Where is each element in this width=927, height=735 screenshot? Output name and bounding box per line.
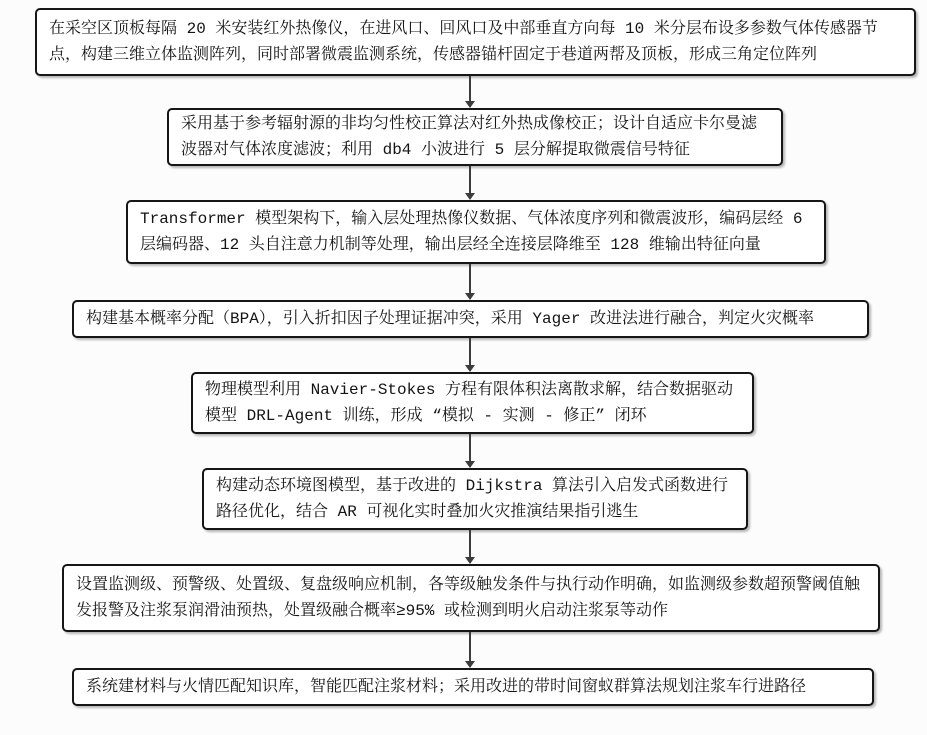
- flow-step-signal-correction: 采用基于参考辐射源的非均匀性校正算法对红外热成像校正；设计自适应卡尔曼滤波器对气…: [167, 108, 783, 166]
- flow-step-grouting-planning: 系统建材料与火情匹配知识库，智能匹配注浆材料；采用改进的带时间窗蚁群算法规划注浆…: [72, 668, 874, 706]
- down-arrow-6: [463, 530, 477, 564]
- flow-step-response-levels: 设置监测级、预警级、处置级、复盘级响应机制，各等级触发条件与执行动作明确，如监测…: [62, 564, 880, 632]
- flow-step-sensor-deployment-text: 在采空区顶板每隔 20 米安装红外热像仪，在进风口、回风口及中部垂直方向每 10…: [49, 16, 902, 68]
- arrow-head-icon: [465, 365, 475, 372]
- arrow-head-icon: [465, 661, 475, 668]
- down-arrow-3: [463, 264, 477, 300]
- arrow-stem: [469, 166, 471, 193]
- arrow-stem: [469, 264, 471, 293]
- flow-step-physics-model-text: 物理模型利用 Navier-Stokes 方程有限体积法离散求解，结合数据驱动模…: [205, 377, 740, 429]
- arrow-head-icon: [465, 101, 475, 108]
- arrow-stem: [469, 434, 471, 461]
- arrow-head-icon: [465, 461, 475, 468]
- flow-step-bpa-fusion-text: 构建基本概率分配（BPA），引入折扣因子处理证据冲突，采用 Yager 改进法进…: [86, 306, 855, 332]
- down-arrow-4: [463, 338, 477, 372]
- arrow-stem: [469, 632, 471, 661]
- flow-step-escape-routing-text: 构建动态环境图模型，基于改进的 Dijkstra 算法引入启发式函数进行路径优化…: [216, 473, 734, 525]
- flow-step-grouting-planning-text: 系统建材料与火情匹配知识库，智能匹配注浆材料；采用改进的带时间窗蚁群算法规划注浆…: [86, 674, 860, 700]
- flow-step-signal-correction-text: 采用基于参考辐射源的非均匀性校正算法对红外热成像校正；设计自适应卡尔曼滤波器对气…: [181, 111, 769, 163]
- arrow-stem: [469, 338, 471, 365]
- arrow-head-icon: [465, 557, 475, 564]
- flow-step-response-levels-text: 设置监测级、预警级、处置级、复盘级响应机制，各等级触发条件与执行动作明确，如监测…: [76, 572, 866, 624]
- down-arrow-5: [463, 434, 477, 468]
- arrow-stem: [469, 530, 471, 557]
- flow-step-physics-model: 物理模型利用 Navier-Stokes 方程有限体积法离散求解，结合数据驱动模…: [191, 372, 754, 434]
- flow-step-transformer-model: Transformer 模型架构下，输入层处理热像仪数据、气体浓度序列和微震波形…: [126, 200, 826, 264]
- arrow-stem: [469, 76, 471, 101]
- flow-step-bpa-fusion: 构建基本概率分配（BPA），引入折扣因子处理证据冲突，采用 Yager 改进法进…: [72, 300, 869, 338]
- arrow-head-icon: [465, 193, 475, 200]
- flowchart-diagram: 在采空区顶板每隔 20 米安装红外热像仪，在进风口、回风口及中部垂直方向每 10…: [0, 0, 927, 735]
- flow-step-escape-routing: 构建动态环境图模型，基于改进的 Dijkstra 算法引入启发式函数进行路径优化…: [202, 468, 748, 530]
- down-arrow-7: [463, 632, 477, 668]
- arrow-head-icon: [465, 293, 475, 300]
- flow-step-sensor-deployment: 在采空区顶板每隔 20 米安装红外热像仪，在进风口、回风口及中部垂直方向每 10…: [35, 8, 916, 76]
- flow-step-transformer-model-text: Transformer 模型架构下，输入层处理热像仪数据、气体浓度序列和微震波形…: [140, 206, 812, 258]
- down-arrow-1: [463, 76, 477, 108]
- down-arrow-2: [463, 166, 477, 200]
